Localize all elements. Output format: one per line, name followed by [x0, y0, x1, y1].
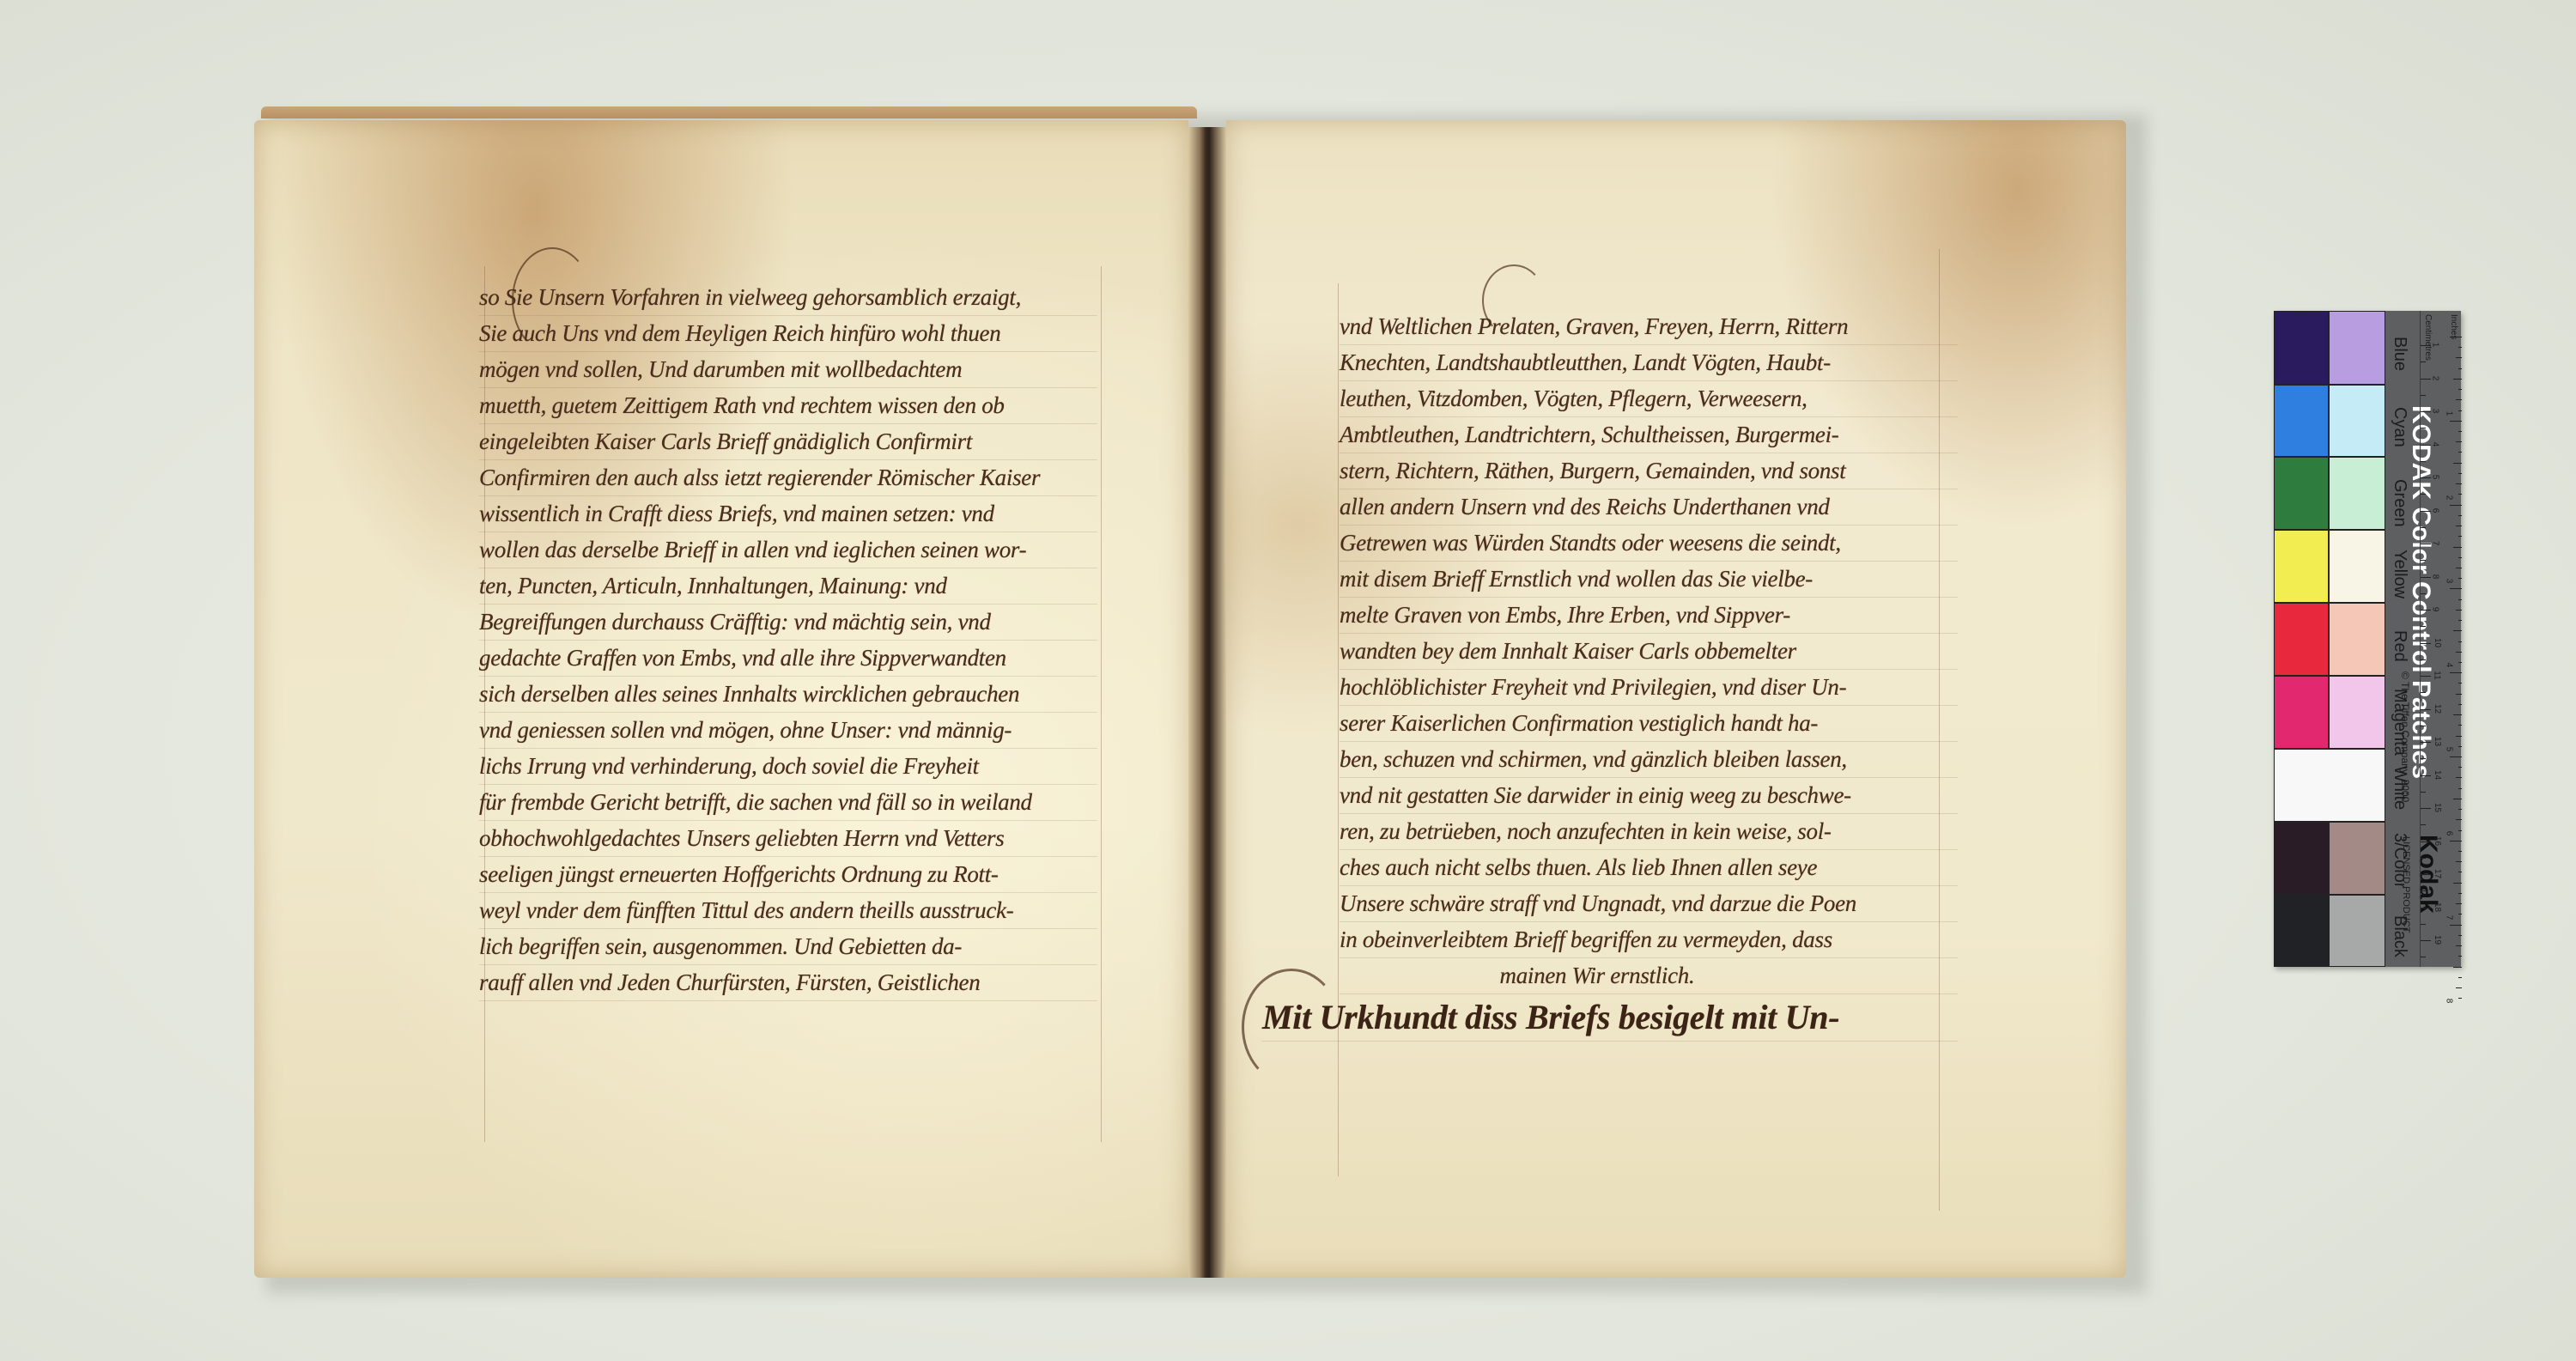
inch-tick-label: 5 [2444, 747, 2453, 752]
closing-line: Mit Urkhundt diss Briefs besigelt mit Un… [1262, 994, 1958, 1042]
inch-tick [2456, 945, 2462, 946]
patch-3color-light [2329, 822, 2385, 895]
cm-tick-label: 5 [2430, 475, 2439, 480]
inch-tick [2456, 861, 2462, 862]
inch-tick-label: 8 [2444, 999, 2453, 1004]
cm-tick-label: 8 [2430, 574, 2439, 579]
text-line: obhochwohlgedachtes Unsers geliebten Her… [479, 821, 1097, 857]
inch-tick [2450, 588, 2462, 589]
inch-tick [2453, 967, 2462, 968]
inch-tick [2458, 662, 2462, 663]
patch-blue-light [2329, 311, 2385, 385]
cm-tick [2421, 792, 2426, 793]
inch-tick [2453, 883, 2462, 884]
inch-tick [2453, 379, 2462, 380]
inch-tick [2456, 610, 2462, 611]
inch-tick [2458, 704, 2462, 705]
text-line: rauff allen vnd Jeden Churfürsten, Fürst… [479, 965, 1097, 1001]
text-line: mögen vnd sollen, Und darumben mit wollb… [479, 352, 1097, 388]
cm-tick [2421, 345, 2431, 346]
inch-tick-label: 2 [2444, 495, 2453, 500]
patch-white [2274, 749, 2385, 822]
cm-tick [2421, 411, 2431, 412]
inch-tick [2458, 935, 2462, 936]
patch-cyan-dark [2274, 385, 2329, 457]
closing-initial-flourish [1242, 969, 1341, 1085]
cm-tick [2421, 842, 2431, 842]
inch-tick [2458, 578, 2462, 579]
text-line: vnd Weltlichen Prelaten, Graven, Freyen,… [1340, 309, 1958, 345]
cm-tick [2421, 874, 2431, 875]
patch-row-3color [2274, 822, 2385, 895]
cm-tick [2421, 742, 2431, 743]
cm-tick-label: 14 [2433, 769, 2442, 779]
patch-row-red [2274, 603, 2385, 676]
cm-tick [2421, 527, 2426, 528]
text-line: vnd nit gestatten Sie darwider in einig … [1340, 778, 1958, 814]
text-line: Getrewen was Würden Standts oder weesens… [1340, 526, 1958, 562]
cm-tick [2421, 659, 2426, 660]
text-line: ten, Puncten, Articuln, Innhaltungen, Ma… [479, 568, 1097, 605]
inch-tick [2456, 526, 2462, 526]
cm-tick [2421, 858, 2426, 859]
inch-tick [2456, 568, 2462, 568]
inch-tick [2458, 410, 2462, 411]
cm-tick [2421, 610, 2431, 611]
text-line: mainen Wir ernstlich. [1340, 958, 1958, 994]
text-line: so Sie Unsern Vorfahren in vielweeg geho… [479, 280, 1097, 316]
patch-magenta-light [2329, 676, 2385, 749]
cm-tick [2421, 626, 2426, 627]
inch-tick [2458, 872, 2462, 872]
cm-tick-label: 7 [2430, 541, 2439, 546]
inch-tick [2450, 925, 2462, 926]
cm-tick-label: 12 [2433, 703, 2442, 713]
inch-tick [2458, 977, 2462, 978]
cm-tick [2421, 544, 2431, 544]
cm-tick-label: 18 [2433, 902, 2442, 911]
text-line: serer Kaiserlichen Confirmation vestigli… [1340, 706, 1958, 742]
inch-tick [2458, 368, 2462, 369]
cm-tick [2421, 758, 2426, 759]
inch-tick [2450, 672, 2462, 673]
inch-tick [2458, 788, 2462, 789]
cm-tick-label: 1 [2430, 343, 2439, 348]
cm-tick [2421, 643, 2431, 644]
inch-tick [2458, 620, 2462, 621]
inch-tick [2458, 746, 2462, 747]
inch-tick [2456, 441, 2462, 442]
text-line: lichs Irrung vnd verhinderung, doch sovi… [479, 749, 1097, 785]
measurement-ruler: Inches Centimetres 123456789101112131415… [2420, 311, 2462, 967]
cm-tick [2421, 940, 2431, 941]
inch-tick [2458, 641, 2462, 642]
inch-tick [2453, 714, 2462, 715]
text-line: mit disem Brieff Ernstlich vnd wollen da… [1340, 562, 1958, 598]
inch-tick [2456, 777, 2462, 778]
cm-tick [2421, 461, 2426, 462]
text-line: gedachte Graffen von Embs, vnd alle ihre… [479, 641, 1097, 677]
cm-tick [2421, 593, 2426, 594]
left-page-text: so Sie Unsern Vorfahren in vielweeg geho… [479, 280, 1097, 1001]
cm-tick [2421, 692, 2426, 693]
inch-tick [2458, 893, 2462, 894]
inch-tick-label: 4 [2444, 663, 2453, 668]
patch-row-yellow [2274, 530, 2385, 603]
text-line: in obeinverleibtem Brieff begriffen zu v… [1340, 922, 1958, 958]
inch-tick [2458, 494, 2462, 495]
cm-tick-label: 19 [2433, 935, 2442, 945]
page-stack-edge [261, 106, 1197, 118]
inch-tick [2456, 736, 2462, 737]
cm-tick-label: 6 [2430, 507, 2439, 513]
inch-tick [2450, 421, 2462, 422]
cm-tick-label: 9 [2430, 607, 2439, 612]
patch-row-black [2274, 895, 2385, 967]
text-line: lich begriffen sein, ausgenommen. Und Ge… [479, 929, 1097, 965]
inch-tick [2458, 683, 2462, 684]
open-manuscript: so Sie Unsern Vorfahren in vielweeg geho… [254, 110, 2126, 1279]
text-line: Ambtleuthen, Landtrichtern, Schultheisse… [1340, 417, 1958, 453]
inch-tick [2458, 956, 2462, 957]
patch-magenta-dark [2274, 676, 2329, 749]
inch-tick [2453, 547, 2462, 548]
cm-tick [2421, 908, 2431, 908]
patch-yellow-light [2329, 530, 2385, 603]
inch-tick [2458, 431, 2462, 432]
cm-tick [2421, 511, 2431, 512]
inch-tick [2450, 337, 2462, 337]
inch-tick [2456, 399, 2462, 400]
inch-tick [2458, 851, 2462, 852]
cm-tick [2421, 560, 2426, 561]
text-line: hochlöblichister Freyheit vnd Privilegie… [1340, 670, 1958, 706]
inch-tick [2456, 694, 2462, 695]
inch-tick [2456, 819, 2462, 820]
text-line: weyl vnder dem fünfften Tittul des ander… [479, 893, 1097, 929]
patch-row-blue [2274, 311, 2385, 385]
inch-tick [2458, 389, 2462, 390]
inch-tick [2453, 799, 2462, 799]
inch-tick [2458, 809, 2462, 810]
cm-tick [2421, 676, 2431, 677]
patch-black-dark [2274, 895, 2329, 967]
cm-tick [2421, 477, 2431, 478]
cm-tick-label: 17 [2433, 869, 2442, 878]
inch-tick [2456, 903, 2462, 904]
cm-tick-label: 15 [2433, 803, 2442, 812]
text-line: leuthen, Vitzdomben, Vögten, Pflegern, V… [1340, 381, 1958, 417]
inch-tick [2458, 536, 2462, 537]
text-line: Knechten, Landtshaubtleutthen, Landt Vög… [1340, 345, 1958, 381]
cm-tick [2421, 362, 2426, 362]
licensed-product-text: LICENSED PRODUCT [2401, 836, 2411, 933]
cm-tick [2421, 957, 2426, 957]
text-line: ren, zu betrüeben, noch anzufechten in k… [1340, 814, 1958, 850]
inch-tick [2453, 463, 2462, 464]
text-line: wollen das derselbe Brieff in allen vnd … [479, 532, 1097, 568]
inch-tick-label: 7 [2444, 914, 2453, 920]
card-copyright: © The Tiffen Company, 2000 [2399, 671, 2411, 802]
cm-tick [2421, 395, 2426, 396]
cm-tick-label: 10 [2433, 637, 2442, 647]
cm-tick-label: 3 [2430, 409, 2439, 414]
patch-row-white [2274, 749, 2385, 822]
inch-tick [2458, 914, 2462, 914]
cm-tick [2421, 726, 2426, 726]
patch-blue-dark [2274, 311, 2329, 385]
cm-tick-label: 11 [2433, 671, 2442, 679]
right-page-text: vnd Weltlichen Prelaten, Graven, Freyen,… [1340, 309, 1958, 1042]
inch-tick [2458, 347, 2462, 348]
inch-tick [2458, 830, 2462, 831]
text-line: sich derselben alles seines Innhalts wir… [479, 677, 1097, 713]
color-control-card: Blue Cyan Green Yellow Red Magenta White… [2274, 311, 2461, 967]
text-line: allen andern Unsern vnd des Reichs Under… [1340, 489, 1958, 526]
inch-tick [2453, 630, 2462, 631]
inch-tick [2450, 841, 2462, 842]
patch-cyan-light [2329, 385, 2385, 457]
inch-tick [2458, 998, 2462, 999]
patch-row-cyan [2274, 385, 2385, 457]
text-line: Confirmiren den auch alss ietzt regieren… [479, 460, 1097, 496]
patch-green-dark [2274, 457, 2329, 530]
inch-tick [2456, 652, 2462, 653]
text-line: vnd geniessen sollen vnd mögen, ohne Uns… [479, 713, 1097, 749]
cm-tick-label: 4 [2430, 441, 2439, 447]
inch-tick-label: 6 [2444, 831, 2453, 836]
cm-tick [2421, 577, 2431, 578]
cm-tick [2421, 824, 2426, 825]
inch-tick [2458, 557, 2462, 558]
text-line: wandten bey dem Innhalt Kaiser Carls obb… [1340, 634, 1958, 670]
inch-tick [2458, 452, 2462, 453]
cm-tick [2421, 890, 2426, 891]
text-line: eingeleibten Kaiser Carls Brieff gnädigl… [479, 424, 1097, 460]
inch-tick-label: 3 [2444, 579, 2453, 584]
patch-row-green [2274, 457, 2385, 530]
inch-tick [2458, 767, 2462, 768]
cm-tick [2421, 808, 2431, 809]
cm-tick [2421, 924, 2426, 925]
inch-tick-label: 1 [2444, 411, 2453, 416]
patch-label: Blue [2390, 337, 2409, 371]
inch-tick [2458, 473, 2462, 474]
patch-row-magenta [2274, 676, 2385, 749]
margin-rule [1101, 266, 1102, 1142]
text-line: wissentlich in Crafft diess Briefs, vnd … [479, 496, 1097, 532]
inch-tick [2458, 515, 2462, 516]
patch-yellow-dark [2274, 530, 2329, 603]
text-line: Begreiffungen durchauss Cräfftig: vnd mä… [479, 605, 1097, 641]
patch-green-light [2329, 457, 2385, 530]
cm-tick-label: 16 [2433, 835, 2442, 845]
text-line: stern, Richtern, Räthen, Burgern, Gemain… [1340, 453, 1958, 489]
cm-tick [2421, 775, 2431, 776]
text-line: für frembde Gericht betrifft, die sachen… [479, 785, 1097, 821]
inch-tick [2456, 357, 2462, 358]
patch-red-dark [2274, 603, 2329, 676]
text-line: ben, schuzen vnd schirmen, vnd gänzlich … [1340, 742, 1958, 778]
inch-tick [2458, 599, 2462, 600]
inch-tick [2456, 987, 2462, 988]
inch-tick [2456, 483, 2462, 484]
patch-black-light [2329, 895, 2385, 967]
ruler-unit-cm: Centimetres [2423, 314, 2433, 361]
cm-tick [2421, 379, 2431, 380]
cm-tick [2421, 428, 2426, 428]
text-line: Sie auch Uns vnd dem Heyligen Reich hinf… [479, 316, 1097, 352]
book-gutter [1188, 127, 1226, 1278]
cm-tick-label: 2 [2430, 375, 2439, 380]
text-line: melte Graven von Embs, Ihre Erben, vnd S… [1340, 598, 1958, 634]
inch-tick [2458, 725, 2462, 726]
patch-3color-dark [2274, 822, 2329, 895]
text-line: Unsere schwäre straff vnd Ungnadt, vnd d… [1340, 886, 1958, 922]
text-line: seeligen jüngst erneuerten Hoffgerichts … [479, 857, 1097, 893]
cm-tick [2421, 494, 2426, 495]
color-patches [2274, 311, 2385, 967]
cm-tick [2421, 709, 2431, 710]
patch-red-light [2329, 603, 2385, 676]
inch-tick [2450, 505, 2462, 506]
text-line: ches auch nicht selbs thuen. Als lieb Ih… [1340, 850, 1958, 886]
cm-tick-label: 13 [2433, 737, 2442, 746]
inch-tick [2450, 756, 2462, 757]
text-line: muetth, guetem Zeittigem Rath vnd rechte… [479, 388, 1097, 424]
cm-tick [2421, 445, 2431, 446]
